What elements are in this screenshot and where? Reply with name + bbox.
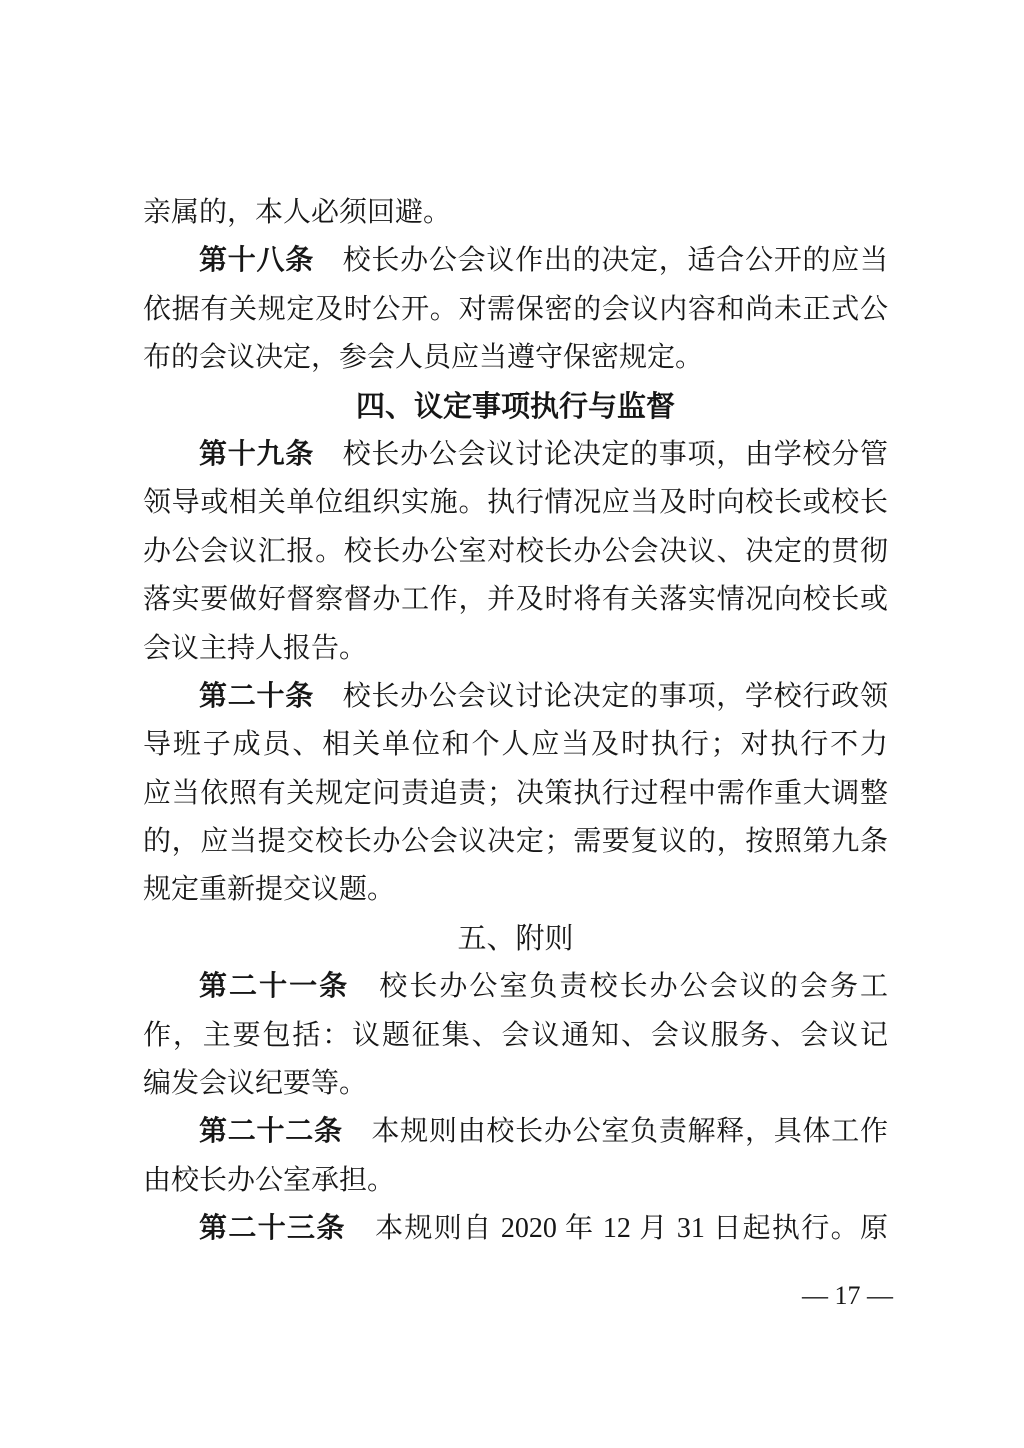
article-line: 第二十一条 校长办公室负责校长办公会议的会务工 (143, 963, 888, 1011)
paragraph-line: 领导或相关单位组织实施。执行情况应当及时向校长或校长 (143, 479, 888, 527)
article-line: 第二十条 校长办公会议讨论决定的事项，学校行政领 (143, 673, 888, 721)
article-line: 第二十三条 本规则自 2020 年 12 月 31 日起执行。原 (143, 1205, 888, 1253)
line-text: 本规则由校长办公室负责解释，具体工作 (343, 1116, 888, 1147)
article-line: 第十八条 校长办公会议作出的决定，适合公开的应当 (143, 237, 888, 285)
paragraph-line: 亲属的，本人必须回避。 (143, 189, 888, 237)
paragraph-line: 编发会议纪要等。 (143, 1060, 888, 1108)
paragraph-line: 会议主持人报告。 (143, 625, 888, 673)
paragraph-line: 由校长办公室承担。 (143, 1157, 888, 1205)
article-number: 第十九条 (199, 439, 314, 470)
article-line: 第十九条 校长办公会议讨论决定的事项，由学校分管 (143, 431, 888, 479)
section-heading: 四、议定事项执行与监督 (143, 383, 888, 431)
paragraph-line: 规定重新提交议题。 (143, 866, 888, 914)
paragraph-line: 依据有关规定及时公开。对需保密的会议内容和尚未正式公 (143, 286, 888, 334)
text-block: 亲属的，本人必须回避。 第十八条 校长办公会议作出的决定，适合公开的应当 依据有… (143, 189, 888, 1254)
article-number: 第二十条 (199, 681, 314, 712)
line-text: 校长办公室负责校长办公会议的会务工 (349, 971, 888, 1002)
line-text: 校长办公会议作出的决定，适合公开的应当 (314, 245, 888, 276)
article-number: 第二十三条 (199, 1213, 346, 1244)
paragraph-line: 办公会议汇报。校长办公室对校长办公会决议、决定的贯彻 (143, 528, 888, 576)
document-page: 亲属的，本人必须回避。 第十八条 校长办公会议作出的决定，适合公开的应当 依据有… (0, 0, 1024, 1448)
paragraph-line: 导班子成员、相关单位和个人应当及时执行；对执行不力的， (143, 721, 888, 769)
article-number: 第十八条 (199, 245, 314, 276)
article-line: 第二十二条 本规则由校长办公室负责解释，具体工作 (143, 1108, 888, 1156)
article-number: 第二十一条 (199, 971, 349, 1002)
line-text: 校长办公会议讨论决定的事项，由学校分管 (314, 439, 888, 470)
paragraph-line: 的，应当提交校长办公会议决定；需要复议的，按照第九条 (143, 818, 888, 866)
paragraph-line: 落实要做好督察督办工作，并及时将有关落实情况向校长或 (143, 576, 888, 624)
line-text: 本规则自 2020 年 12 月 31 日起执行。原 (346, 1213, 888, 1244)
paragraph-line: 布的会议决定，参会人员应当遵守保密规定。 (143, 334, 888, 382)
paragraph-line: 应当依照有关规定问责追责；决策执行过程中需作重大调整 (143, 770, 888, 818)
paragraph-line: 作，主要包括：议题征集、会议通知、会议服务、会议记录、 (143, 1012, 888, 1060)
section-heading: 五、附则 (143, 915, 888, 963)
line-text: 校长办公会议讨论决定的事项，学校行政领 (314, 681, 888, 712)
page-number: — 17 — (143, 1279, 893, 1313)
article-number: 第二十二条 (199, 1116, 343, 1147)
